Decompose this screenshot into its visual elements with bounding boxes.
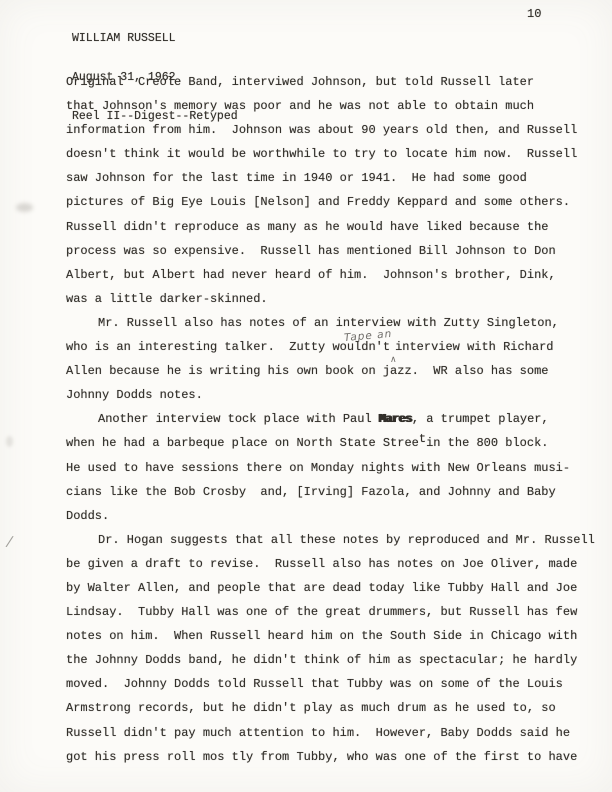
line-text: was a little darker-skinned. (66, 292, 268, 306)
typewritten-line: cians like the Bob Crosby and, [Irving] … (66, 480, 606, 504)
overstruck-text: Mares (379, 412, 412, 426)
typewritten-line: Original Creole Band, interviwed Johnson… (66, 70, 606, 94)
line-text: He used to have sessions there on Monday… (66, 461, 570, 475)
line-text: be given a draft to revise. Russell also… (66, 557, 577, 571)
line-text: by Walter Allen, and people that are dea… (66, 581, 577, 595)
typewritten-line: doesn't think it would be worthwhile to … (66, 142, 606, 166)
line-text: Dodds. (66, 509, 109, 523)
header-name: WILLIAM RUSSELL (72, 32, 238, 45)
typewritten-document-page: WILLIAM RUSSELL August 31, 1962 Reel II-… (0, 0, 612, 792)
typewritten-line: the Johnny Dodds band, he didn't think o… (66, 648, 606, 672)
line-text: Original Creole Band, interviwed Johnson… (66, 75, 534, 89)
line-text: Johnny Dodds notes. (66, 388, 203, 402)
line-text: in the 800 block. (426, 436, 548, 450)
line-text: Dr. Hogan suggests that all these notes … (98, 533, 595, 547)
line-text: notes on him. When Russell heard him on … (66, 629, 577, 643)
typewritten-line: who is an interesting talker. Zutty woul… (66, 335, 606, 359)
pencil-smudge (16, 203, 33, 212)
typewritten-line: when he had a barbeque place on North St… (66, 431, 606, 455)
typewritten-line: process was so expensive. Russell has me… (66, 239, 606, 263)
line-text: doesn't think it would be worthwhile to … (66, 147, 577, 161)
typewritten-line: Dodds. (66, 504, 606, 528)
line-text: Lindsay. Tubby Hall was one of the great… (66, 605, 577, 619)
typewritten-line: information from him. Johnson was about … (66, 118, 606, 142)
line-text: information from him. Johnson was about … (66, 123, 577, 137)
line-text: that Johnson's memory was poor and he wa… (66, 99, 534, 113)
typewritten-line: Russell didn't reproduce as many as he w… (66, 215, 606, 239)
line-text: saw Johnson for the last time in 1940 or… (66, 171, 527, 185)
margin-pencil-mark: / (6, 534, 12, 550)
line-text: interview with Richard (395, 340, 553, 354)
page-number: 10 (527, 7, 541, 21)
typewritten-line: Lindsay. Tubby Hall was one of the great… (66, 600, 606, 624)
typewritten-line: be given a draft to revise. Russell also… (66, 552, 606, 576)
typewritten-line: by Walter Allen, and people that are dea… (66, 576, 606, 600)
line-text: Russell didn't reproduce as many as he w… (66, 220, 548, 234)
line-text: Mr. Russell also has notes of an intervi… (98, 316, 559, 330)
line-text: Allen because he is writing his own book… (66, 364, 548, 378)
typewritten-line: Johnny Dodds notes. (66, 383, 606, 407)
typewritten-line: Allen because he is writing his own book… (66, 359, 606, 383)
typewritten-line: pictures of Big Eye Louis [Nelson] and F… (66, 190, 606, 214)
line-text: moved. Johnny Dodds told Russell that Tu… (66, 677, 563, 691)
line-text: when he had a barbeque place on North St… (66, 436, 419, 450)
typewritten-line: He used to have sessions there on Monday… (66, 456, 606, 480)
typewritten-line: was a little darker-skinned. (66, 287, 606, 311)
raised-character: t (419, 432, 426, 446)
typewritten-line: notes on him. When Russell heard him on … (66, 624, 606, 648)
insertion-caret-mark: ∧ (390, 355, 397, 365)
pencil-smudge-small (6, 436, 13, 447)
typewritten-line: Armstrong records, but he didn't play as… (66, 696, 606, 720)
line-text: process was so expensive. Russell has me… (66, 244, 556, 258)
line-text: Russell didn't pay much attention to him… (66, 726, 570, 740)
typewritten-line: Dr. Hogan suggests that all these notes … (66, 528, 606, 552)
line-text: the Johnny Dodds band, he didn't think o… (66, 653, 577, 667)
line-text: got his press roll mos tly from Tubby, w… (66, 750, 577, 764)
line-text: who is an interesting talker. Zutty woul… (66, 340, 390, 354)
line-text: pictures of Big Eye Louis [Nelson] and F… (66, 195, 570, 209)
typewritten-line: saw Johnson for the last time in 1940 or… (66, 166, 606, 190)
document-body: Original Creole Band, interviwed Johnson… (66, 70, 606, 769)
typewritten-line: Albert, but Albert had never heard of hi… (66, 263, 606, 287)
typewritten-line: moved. Johnny Dodds told Russell that Tu… (66, 672, 606, 696)
line-text: Albert, but Albert had never heard of hi… (66, 268, 556, 282)
typewritten-line: Mr. Russell also has notes of an intervi… (66, 311, 606, 335)
typewritten-line: got his press roll mos tly from Tubby, w… (66, 745, 606, 769)
typewritten-line: Another interview tock place with Paul M… (66, 407, 606, 431)
line-text: cians like the Bob Crosby and, [Irving] … (66, 485, 556, 499)
typewritten-line: that Johnson's memory was poor and he wa… (66, 94, 606, 118)
typewritten-line: Russell didn't pay much attention to him… (66, 721, 606, 745)
line-text: Armstrong records, but he didn't play as… (66, 701, 556, 715)
line-text: Another interview tock place with Paul (98, 412, 379, 426)
line-text: , a trumpet player, (412, 412, 549, 426)
